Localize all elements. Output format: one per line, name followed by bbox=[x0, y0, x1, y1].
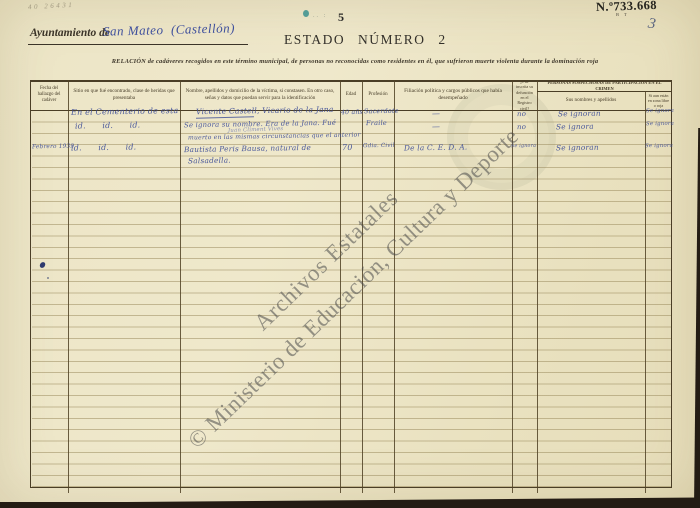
entry-r2-profesion: Fraile bbox=[366, 119, 387, 127]
col-header-filiacion: Filiación política y cargos públicos que… bbox=[394, 80, 512, 110]
entry-r3-profesion: Gdia. Civil bbox=[363, 143, 395, 150]
col-header-nombres-sospechosos: Sus nombres y apellidos bbox=[537, 91, 645, 110]
form-subtitle: RELACIÓN de cadáveres recogidos en este … bbox=[50, 58, 660, 65]
municipality-underline bbox=[28, 44, 248, 45]
table-column-divider bbox=[180, 80, 181, 493]
table-column-divider bbox=[645, 91, 646, 493]
entry-r3-sospechosos: Se ignoran bbox=[556, 143, 599, 153]
entry-r1-edad: 40 añs bbox=[341, 109, 363, 116]
ink-speck bbox=[47, 277, 49, 279]
entry-r3-zona: Se ignora bbox=[645, 143, 673, 149]
table-ruling-lines bbox=[32, 111, 671, 487]
entry-r2-inscrita: no bbox=[517, 123, 526, 131]
table-column-divider bbox=[340, 80, 341, 493]
entry-r2-sitio: id. id. id. bbox=[75, 120, 141, 130]
form-title: ESTADO NÚMERO 2 bbox=[284, 32, 447, 48]
col-header-edad: Edad bbox=[340, 80, 362, 110]
entry-r1-sospechosos: Se ignoran bbox=[558, 109, 601, 119]
entry-r3-edad: 70 bbox=[342, 143, 353, 152]
entry-r1-sitio: En el Cementerio de esta bbox=[71, 106, 179, 117]
table-column-divider bbox=[362, 80, 363, 493]
entry-r2-zona: Se ignora bbox=[646, 121, 674, 127]
table-column-divider bbox=[537, 80, 538, 493]
col-header-fecha: Fecha del hallazgo del cadáver bbox=[30, 80, 68, 110]
municipality-label: Ayuntamiento de bbox=[30, 27, 110, 39]
teal-stamp-dot bbox=[303, 10, 309, 17]
entry-r1-profesion: Sacerdote bbox=[364, 107, 399, 116]
table-column-divider bbox=[512, 80, 513, 493]
handwritten-page-number: 3 bbox=[647, 16, 657, 34]
entry-r1-zona: Se ignora bbox=[646, 108, 674, 114]
municipality-handwritten-value: San Mateo (Castellón) bbox=[103, 20, 235, 39]
serial-sub-marks: B T bbox=[616, 12, 629, 17]
entry-r1-filiacion: — bbox=[432, 109, 440, 118]
entry-r1-inscrita: no bbox=[517, 110, 526, 118]
pencil-scribble: 40 26431 bbox=[28, 1, 75, 11]
document-scan: 40 26431 .. : 5 N.º733.668 B T 3 Ayuntam… bbox=[0, 0, 700, 508]
entry-r3-sitio: id. id. id. bbox=[71, 142, 137, 152]
entry-r2-sospechosos: Se ignora bbox=[556, 122, 594, 132]
col-header-inscrita: ¿Fué inscrita su defunción en el Registr… bbox=[512, 80, 537, 110]
batch-number-stamp: 5 bbox=[338, 10, 344, 25]
entry-r3-filiacion: De la C. E. D. A. bbox=[404, 142, 468, 152]
col-header-profesion: Profesión bbox=[362, 80, 394, 110]
entry-r2-filiacion: — bbox=[432, 122, 440, 131]
entry-r3-fecha: Febrero 1939 bbox=[32, 144, 74, 151]
table-column-divider bbox=[68, 80, 69, 493]
col-group-header-sospechosas: PERSONAS SOSPECHOSAS DE PARTICIPACIÓN EN… bbox=[537, 80, 672, 91]
entry-r3-nombre-line2: Salsadella. bbox=[188, 156, 231, 166]
entry-r3-inscrita: Se ignora bbox=[511, 144, 536, 149]
paper-sheet: 40 26431 .. : 5 N.º733.668 B T 3 Ayuntam… bbox=[0, 0, 700, 502]
faint-marks: .. : bbox=[313, 13, 327, 19]
